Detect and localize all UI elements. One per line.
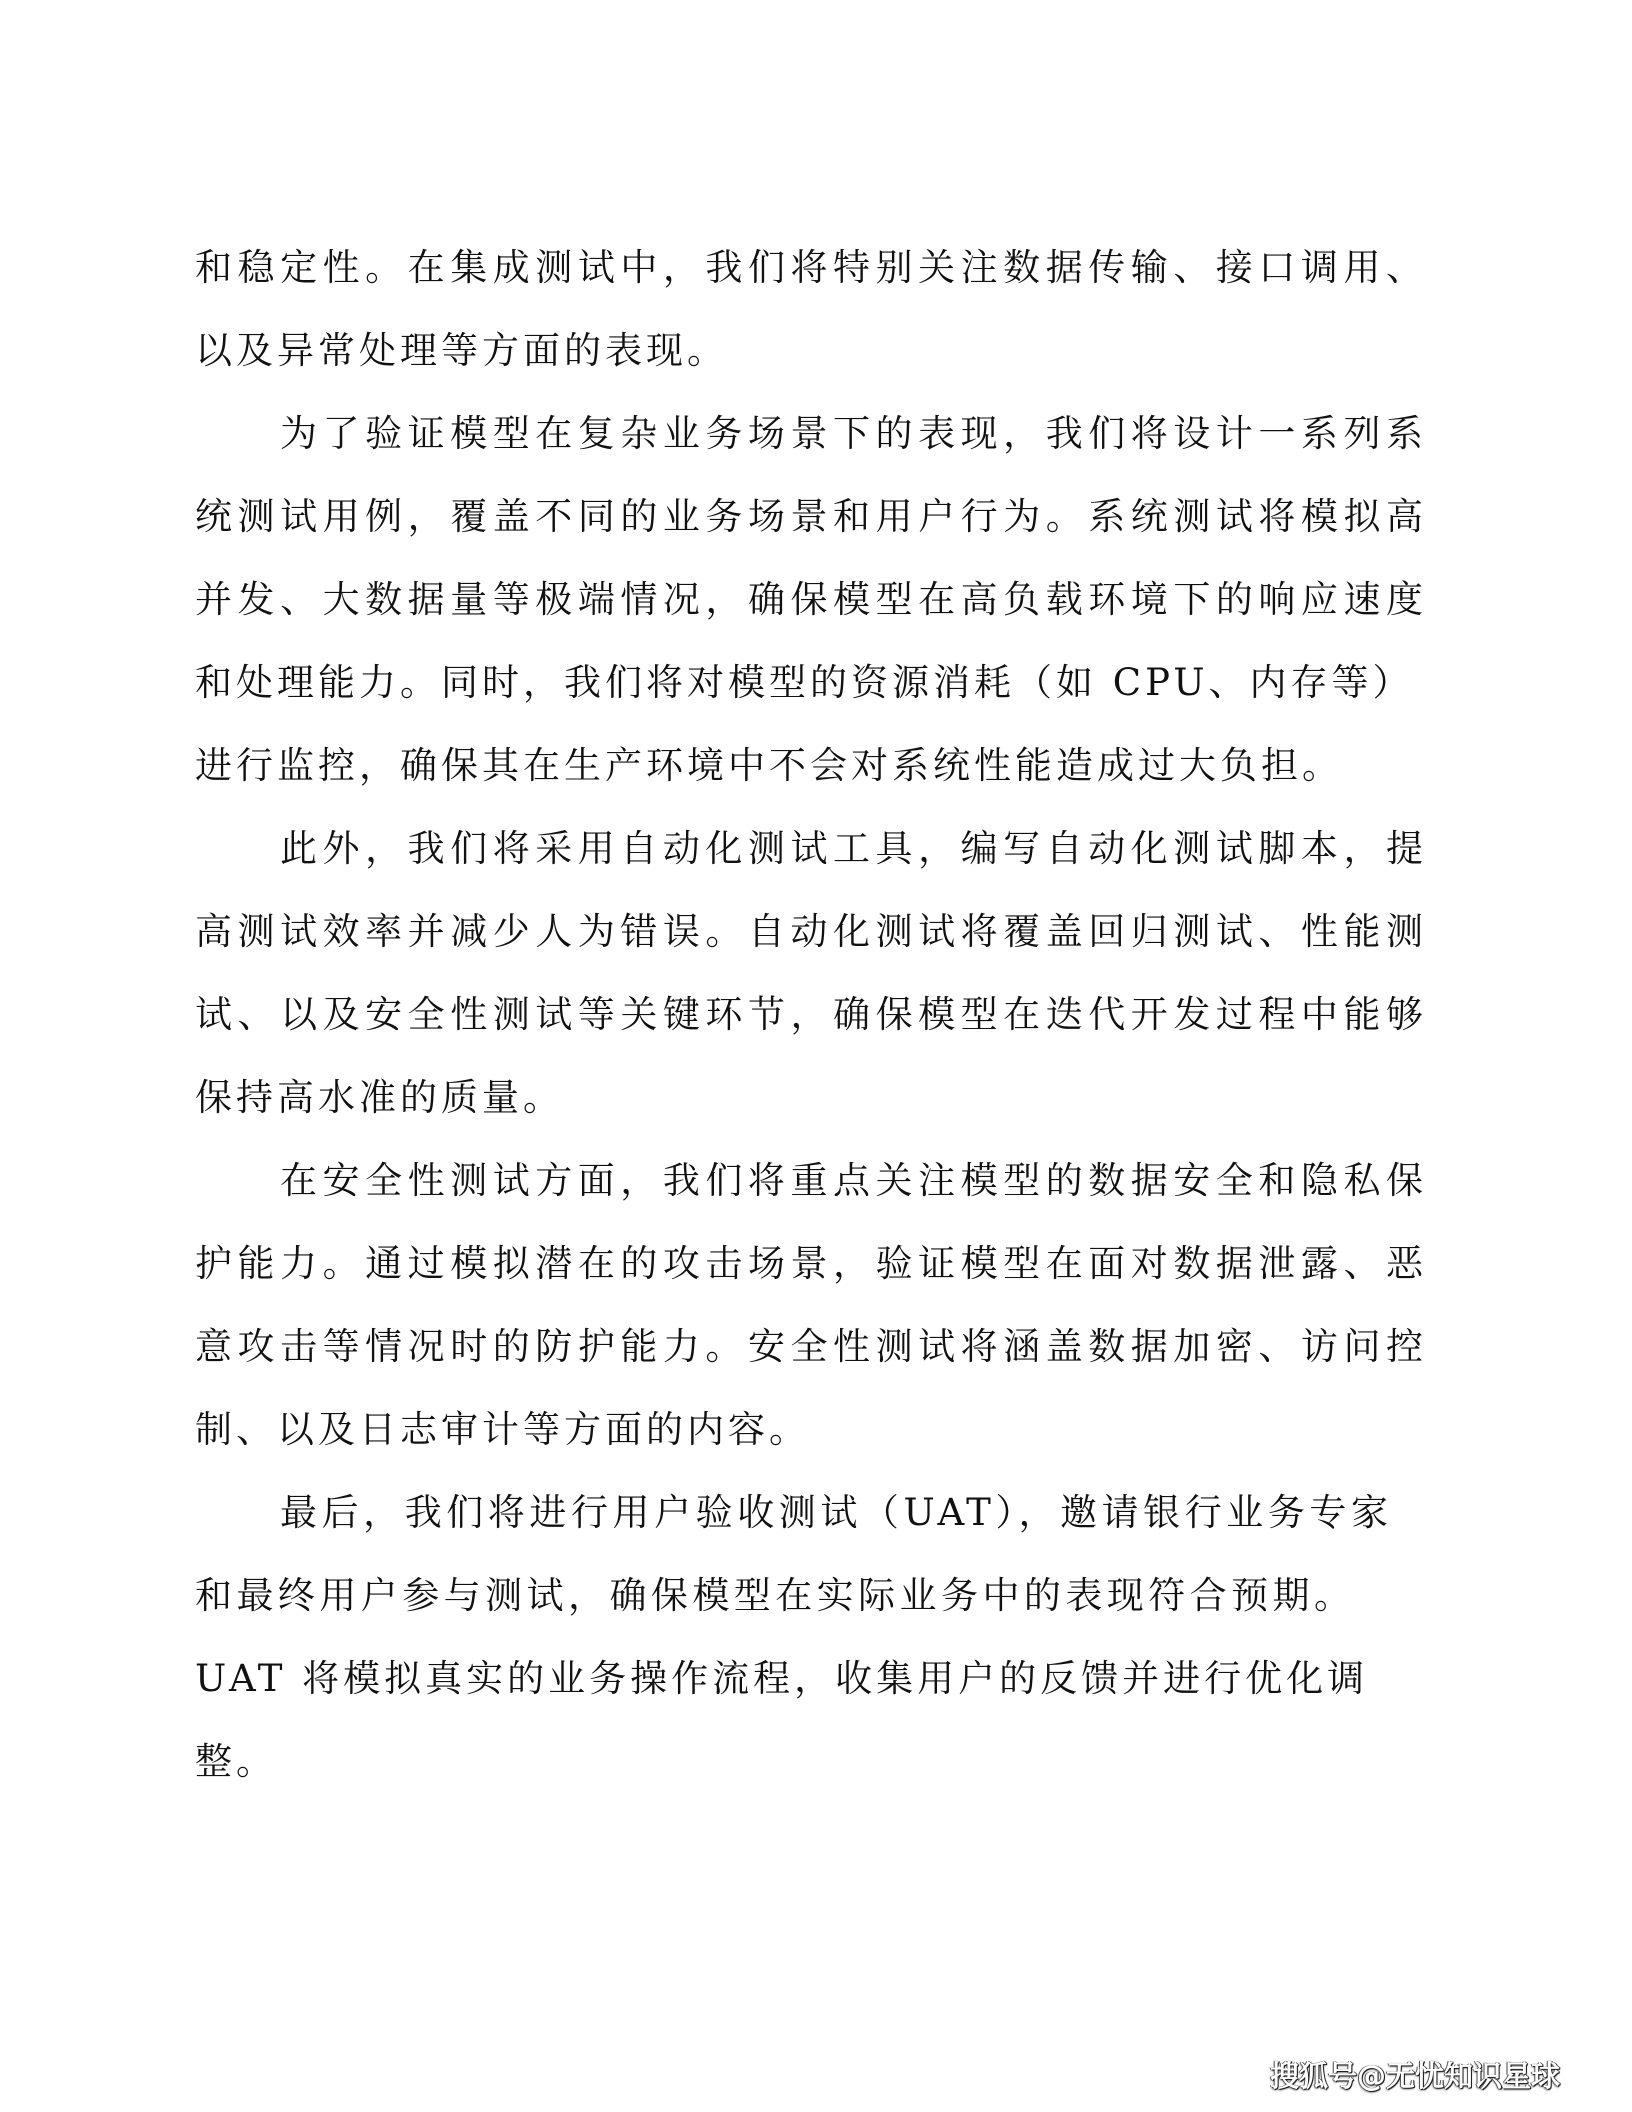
paragraph-3-line-2: 高测试效率并减少人为错误。自动化测试将覆盖回归测试、性能测 <box>195 910 1427 954</box>
document-page: 和稳定性。在集成测试中，我们将特别关注数据传输、接口调用、 以及异常处理等方面的… <box>0 0 1632 2112</box>
watermark: 搜狐号@无忧知识星球 <box>1270 2056 1560 2096</box>
paragraph-1-line-2: 以及异常处理等方面的表现。 <box>195 329 1427 373</box>
paragraph-4-line-1: 在安全性测试方面，我们将重点关注模型的数据安全和隐私保 <box>280 1159 1427 1203</box>
paragraph-5-line-4: 整。 <box>195 1740 1427 1784</box>
paragraph-5-line-3: UAT 将模拟真实的业务操作流程，收集用户的反馈并进行优化调 <box>195 1657 1365 1701</box>
paragraph-1-line-1: 和稳定性。在集成测试中，我们将特别关注数据传输、接口调用、 <box>195 246 1427 290</box>
paragraph-5-line-1: 最后，我们将进行用户验收测试（UAT），邀请银行业务专家 <box>280 1491 1392 1535</box>
paragraph-4-line-4: 制、以及日志审计等方面的内容。 <box>195 1408 1427 1452</box>
paragraph-2-line-4: 和处理能力。同时，我们将对模型的资源消耗（如 CPU、内存等） <box>195 661 1400 705</box>
paragraph-3-line-4: 保持高水准的质量。 <box>195 1076 1427 1120</box>
paragraph-4-line-2: 护能力。通过模拟潜在的攻击场景，验证模型在面对数据泄露、恶 <box>195 1242 1427 1286</box>
paragraph-2-line-1: 为了验证模型在复杂业务场景下的表现，我们将设计一系列系 <box>280 412 1427 456</box>
paragraph-4-line-3: 意攻击等情况时的防护能力。安全性测试将涵盖数据加密、访问控 <box>195 1325 1427 1369</box>
paragraph-3-line-1: 此外，我们将采用自动化测试工具，编写自动化测试脚本，提 <box>280 827 1427 871</box>
paragraph-2-line-5: 进行监控，确保其在生产环境中不会对系统性能造成过大负担。 <box>195 744 1427 788</box>
paragraph-3-line-3: 试、以及安全性测试等关键环节，确保模型在迭代开发过程中能够 <box>195 993 1427 1037</box>
paragraph-2-line-3: 并发、大数据量等极端情况，确保模型在高负载环境下的响应速度 <box>195 578 1427 622</box>
paragraph-5-line-2: 和最终用户参与测试，确保模型在实际业务中的表现符合预期。 <box>195 1574 1355 1618</box>
paragraph-2-line-2: 统测试用例，覆盖不同的业务场景和用户行为。系统测试将模拟高 <box>195 495 1427 539</box>
